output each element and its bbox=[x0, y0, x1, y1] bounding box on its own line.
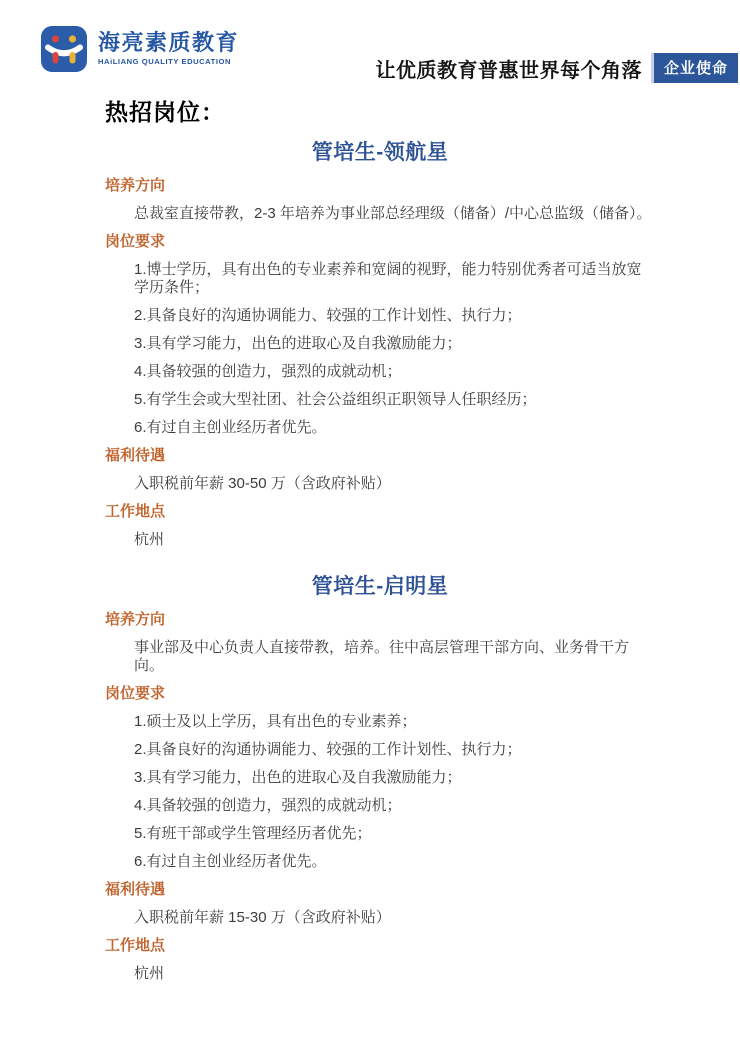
section-body: 总裁室直接带教，2-3 年培养为事业部总经理级（储备）/中心总监级（储备）。 bbox=[105, 205, 655, 223]
section-paragraph: 杭州 bbox=[105, 965, 655, 983]
job-section: 福利待遇 入职税前年薪 15-30 万（含政府补贴） bbox=[105, 881, 655, 927]
section-paragraph: 3.具有学习能力，出色的进取心及自我激励能力； bbox=[105, 769, 655, 787]
section-label: 福利待遇 bbox=[105, 881, 655, 899]
section-label: 工作地点 bbox=[105, 503, 655, 521]
job-section: 工作地点 杭州 bbox=[105, 503, 655, 549]
logo-text: 海亮素质教育 HAiLIANG QUALITY EDUCATION bbox=[98, 32, 239, 66]
section-paragraph: 1.硕士及以上学历，具有出色的专业素养； bbox=[105, 713, 655, 731]
section-paragraph: 3.具有学习能力，出色的进取心及自我激励能力； bbox=[105, 335, 655, 353]
job-section: 岗位要求 1.博士学历，具有出色的专业素养和宽阔的视野，能力特别优秀者可适当放宽… bbox=[105, 233, 655, 437]
job-section: 福利待遇 入职税前年薪 30-50 万（含政府补贴） bbox=[105, 447, 655, 493]
section-paragraph: 4.具备较强的创造力，强烈的成就动机； bbox=[105, 363, 655, 381]
tagline-text: 让优质教育普惠世界每个角落 bbox=[375, 54, 642, 83]
section-label: 培养方向 bbox=[105, 177, 655, 195]
job-section: 培养方向 事业部及中心负责人直接带教，培养。往中高层管理干部方向、业务骨干方向。 bbox=[105, 611, 655, 675]
section-label: 岗位要求 bbox=[105, 685, 655, 703]
section-paragraph: 杭州 bbox=[105, 531, 655, 549]
mission-badge: 企业使命 bbox=[651, 53, 738, 83]
section-body: 1.博士学历，具有出色的专业素养和宽阔的视野，能力特别优秀者可适当放宽学历条件；… bbox=[105, 261, 655, 437]
section-paragraph: 6.有过自主创业经历者优先。 bbox=[105, 853, 655, 871]
section-body: 1.硕士及以上学历，具有出色的专业素养；2.具备良好的沟通协调能力、较强的工作计… bbox=[105, 713, 655, 871]
job-section: 岗位要求 1.硕士及以上学历，具有出色的专业素养；2.具备良好的沟通协调能力、较… bbox=[105, 685, 655, 871]
page-title: 热招岗位： bbox=[105, 97, 655, 127]
section-paragraph: 入职税前年薪 30-50 万（含政府补贴） bbox=[105, 475, 655, 493]
section-paragraph: 5.有学生会或大型社团、社会公益组织正职领导人任职经历； bbox=[105, 391, 655, 409]
section-paragraph: 6.有过自主创业经历者优先。 bbox=[105, 419, 655, 437]
job-sections: 培养方向 总裁室直接带教，2-3 年培养为事业部总经理级（储备）/中心总监级（储… bbox=[105, 177, 655, 549]
job-section: 培养方向 总裁室直接带教，2-3 年培养为事业部总经理级（储备）/中心总监级（储… bbox=[105, 177, 655, 223]
section-body: 杭州 bbox=[105, 531, 655, 549]
section-paragraph: 5.有班干部或学生管理经历者优先； bbox=[105, 825, 655, 843]
section-label: 岗位要求 bbox=[105, 233, 655, 251]
section-body: 杭州 bbox=[105, 965, 655, 983]
logo: 海亮素质教育 HAiLIANG QUALITY EDUCATION bbox=[40, 25, 239, 73]
section-paragraph: 1.博士学历，具有出色的专业素养和宽阔的视野，能力特别优秀者可适当放宽学历条件； bbox=[105, 261, 655, 297]
section-label: 工作地点 bbox=[105, 937, 655, 955]
section-body: 入职税前年薪 30-50 万（含政府补贴） bbox=[105, 475, 655, 493]
jobs-container: 管培生-领航星 培养方向 总裁室直接带教，2-3 年培养为事业部总经理级（储备）… bbox=[105, 139, 655, 983]
job-posting: 管培生-启明星 培养方向 事业部及中心负责人直接带教，培养。往中高层管理干部方向… bbox=[105, 573, 655, 983]
tagline-row: 让优质教育普惠世界每个角落 企业使命 bbox=[375, 53, 738, 83]
section-label: 福利待遇 bbox=[105, 447, 655, 465]
logo-name-cn: 海亮素质教育 bbox=[98, 32, 239, 54]
job-title: 管培生-领航星 bbox=[105, 139, 655, 167]
content: 热招岗位： 管培生-领航星 培养方向 总裁室直接带教，2-3 年培养为事业部总经… bbox=[0, 97, 740, 983]
logo-name-en: HAiLIANG QUALITY EDUCATION bbox=[98, 58, 239, 66]
section-label: 培养方向 bbox=[105, 611, 655, 629]
section-paragraph: 2.具备良好的沟通协调能力、较强的工作计划性、执行力； bbox=[105, 307, 655, 325]
header: 海亮素质教育 HAiLIANG QUALITY EDUCATION 让优质教育普… bbox=[0, 0, 740, 97]
job-posting: 管培生-领航星 培养方向 总裁室直接带教，2-3 年培养为事业部总经理级（储备）… bbox=[105, 139, 655, 549]
job-sections: 培养方向 事业部及中心负责人直接带教，培养。往中高层管理干部方向、业务骨干方向。… bbox=[105, 611, 655, 983]
job-title: 管培生-启明星 bbox=[105, 573, 655, 601]
page: 海亮素质教育 HAiLIANG QUALITY EDUCATION 让优质教育普… bbox=[0, 0, 740, 1047]
section-paragraph: 入职税前年薪 15-30 万（含政府补贴） bbox=[105, 909, 655, 927]
section-paragraph: 事业部及中心负责人直接带教，培养。往中高层管理干部方向、业务骨干方向。 bbox=[105, 639, 655, 675]
section-body: 入职税前年薪 15-30 万（含政府补贴） bbox=[105, 909, 655, 927]
job-section: 工作地点 杭州 bbox=[105, 937, 655, 983]
hailiang-logo-icon bbox=[40, 25, 88, 73]
section-paragraph: 总裁室直接带教，2-3 年培养为事业部总经理级（储备）/中心总监级（储备）。 bbox=[105, 205, 655, 223]
section-paragraph: 2.具备良好的沟通协调能力、较强的工作计划性、执行力； bbox=[105, 741, 655, 759]
section-paragraph: 4.具备较强的创造力，强烈的成就动机； bbox=[105, 797, 655, 815]
section-body: 事业部及中心负责人直接带教，培养。往中高层管理干部方向、业务骨干方向。 bbox=[105, 639, 655, 675]
